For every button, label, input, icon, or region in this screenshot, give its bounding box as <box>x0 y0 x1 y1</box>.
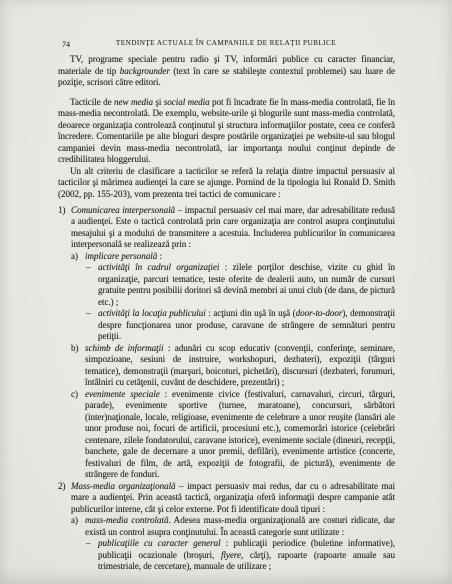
list-marker: b) <box>71 343 78 355</box>
italic-text-segment: schimb de informaţii <box>85 343 164 353</box>
list-marker: a) <box>71 515 78 527</box>
italic-text-segment: activităţi la locaţia publicului <box>98 308 206 318</box>
dash-item-publicatiile-caracter-general: –publicaţiile cu caracter general : publ… <box>85 538 395 573</box>
text-segment: : <box>157 251 162 261</box>
list-marker: 1) <box>58 205 65 217</box>
text-segment: Un alt criteriu de clasificare a tactici… <box>58 166 395 199</box>
list-marker: 2) <box>58 481 65 493</box>
italic-text-segment: activităţi în cadrul organizaţiei <box>98 262 219 272</box>
page-number: 74 <box>62 40 70 49</box>
italic-text-segment: Comunicarea interpersonală <box>71 205 175 215</box>
sub-item-a-implicare-personala: a)implicare personală : <box>71 251 395 263</box>
paragraph-new-media: Tacticile de new media şi social media p… <box>58 97 395 166</box>
italic-text-segment: flyere <box>221 550 241 560</box>
text-segment: Tacticile de <box>70 97 114 107</box>
list-item-2-mass-media-organizationala: 2)Mass-media organizaţională – impact pe… <box>58 481 395 516</box>
list-marker: a) <box>71 251 78 263</box>
page-body: TV, programe speciale pentru radio şi TV… <box>58 54 395 573</box>
italic-text-segment: door-to-door <box>296 308 343 318</box>
sub-item-2a-mass-media-controlata: a)mass-media controlată. Adesea mass-med… <box>71 515 395 538</box>
list-marker: – <box>86 538 91 550</box>
running-title: TENDINŢE ACTUALE ÎN CAMPANIILE DE RELAŢI… <box>58 39 394 47</box>
italic-text-segment: new media <box>114 97 153 107</box>
text-segment: : acţiuni din uşă în uşă ( <box>206 308 296 318</box>
sub-item-c-evenimente-speciale: c)evenimente speciale : evenimente civic… <box>71 389 395 481</box>
italic-text-segment: Mass-media organizaţională <box>71 481 176 491</box>
italic-text-segment: publicaţiile cu caracter general <box>98 538 221 548</box>
page-header: 74 TENDINŢE ACTUALE ÎN CAMPANIILE DE REL… <box>58 39 394 51</box>
list-marker: – <box>86 308 91 320</box>
book-page: 74 TENDINŢE ACTUALE ÎN CAMPANIILE DE REL… <box>0 0 452 584</box>
list-marker: – <box>86 262 91 274</box>
list-marker: c) <box>71 389 78 401</box>
italic-text-segment: mass-media controlată <box>85 515 168 525</box>
text-segment: şi <box>153 97 164 107</box>
italic-text-segment: social media <box>164 97 210 107</box>
list-item-1-comunicarea-interpersonala: 1)Comunicarea interpersonală – impactul … <box>58 205 395 251</box>
dash-item-activitati-cadrul-organizatiei: –activităţi în cadrul organizaţiei : zil… <box>85 262 395 308</box>
paragraph-criteriu-clasificare: Un alt criteriu de clasificare a tactici… <box>58 166 395 201</box>
paragraph-tv-programe: TV, programe speciale pentru radio şi TV… <box>58 54 395 89</box>
text-segment: : evenimente civice (festivaluri, carnav… <box>85 389 395 480</box>
italic-text-segment: implicare personală <box>85 251 157 261</box>
italic-text-segment: evenimente speciale <box>85 389 160 399</box>
dash-item-activitati-locatia-publicului: –activităţi la locaţia publicului : acţi… <box>85 308 395 343</box>
sub-item-b-schimb-informatii: b)schimb de informaţii : adunări cu scop… <box>71 343 395 389</box>
italic-text-segment: backgrounder <box>120 66 170 76</box>
